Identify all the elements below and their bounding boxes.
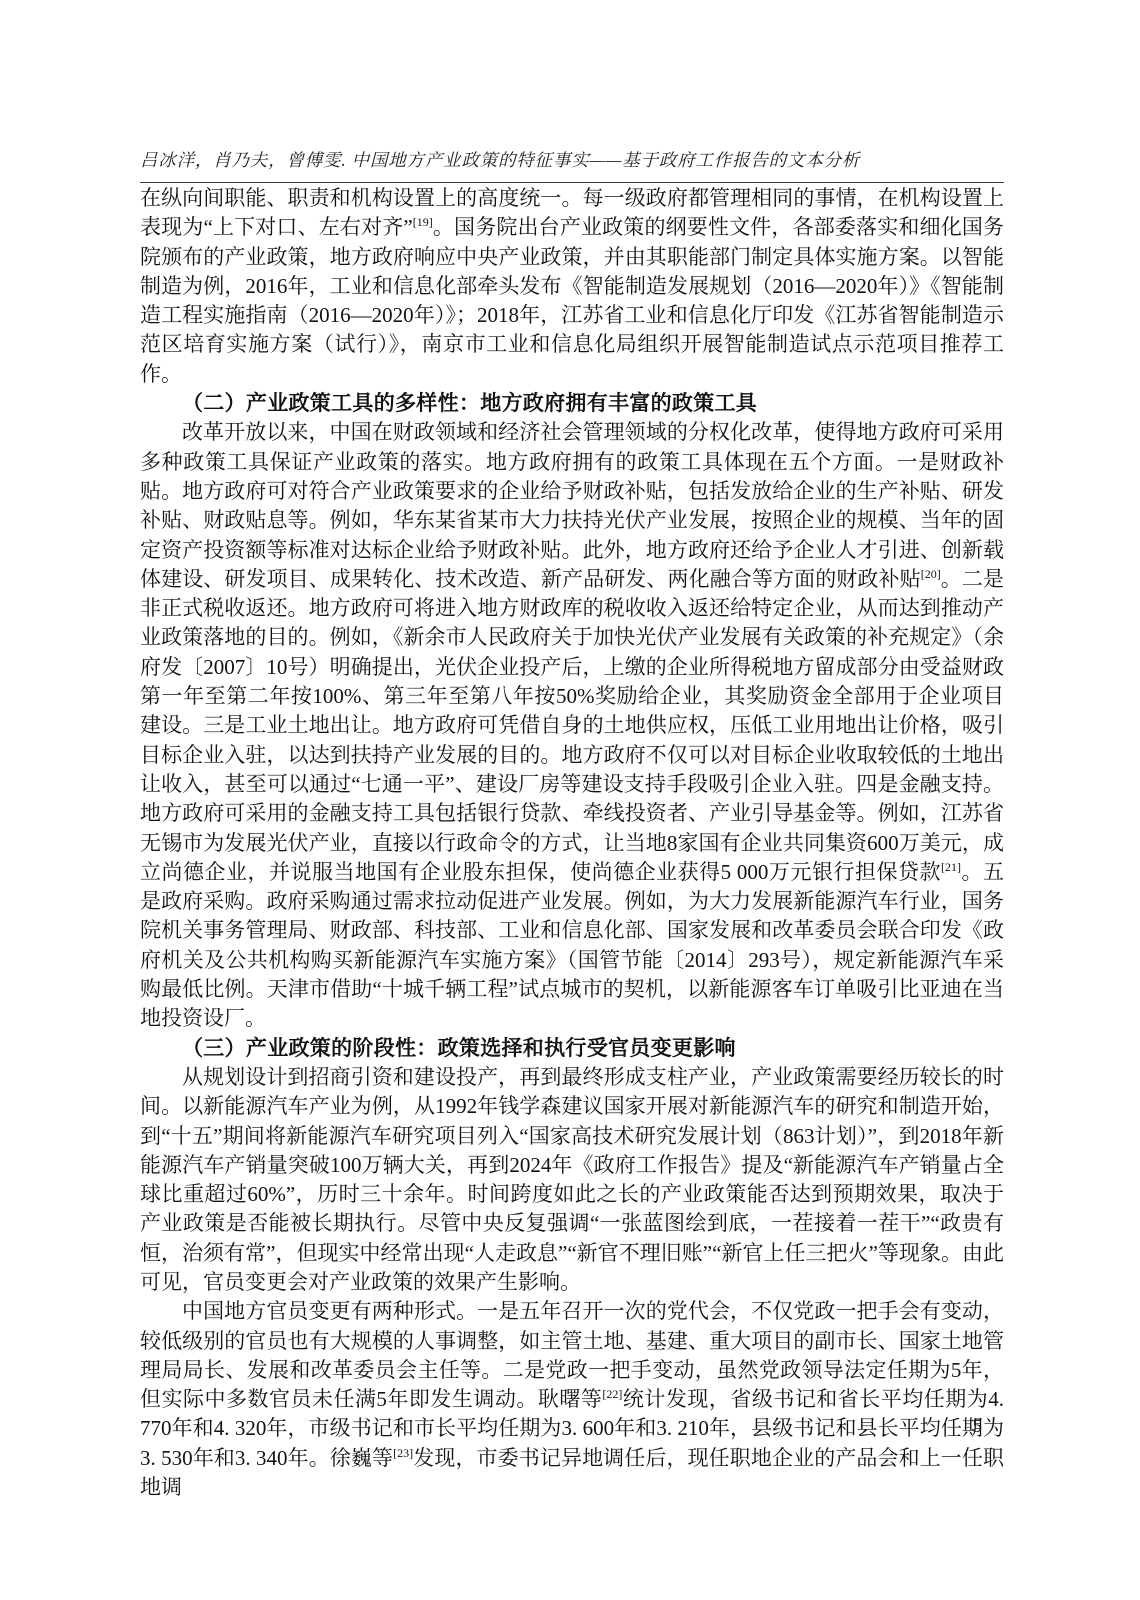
body-paragraph-vertical-alignment: 在纵向间职能、职责和机构设置上的高度统一。每一级政府都管理相同的事情，在机构设置… (140, 184, 1004, 389)
reference-superscript: [20] (921, 567, 941, 581)
reference-superscript: [23] (393, 1446, 413, 1460)
body-paragraph-official-turnover: 中国地方官员变更有两种形式。一是五年召开一次的党代会，不仅党政一把手会有变动，较… (140, 1297, 1004, 1502)
body-paragraph-policy-tools: 改革开放以来，中国在财政领域和经济社会管理领域的分权化改革，使得地方政府可采用多… (140, 418, 1004, 1033)
running-head: 吕冰洋，肖乃夫，曾傅雯. 中国地方产业政策的特征事实——基于政府工作报告的文本分… (140, 147, 1004, 183)
body-paragraph-policy-stages: 从规划设计到招商引资和建设投产，再到最终形成支柱产业，产业政策需要经历较长的时间… (140, 1063, 1004, 1297)
reference-superscript: [21] (941, 860, 961, 874)
reference-superscript: [19] (413, 215, 433, 229)
page-number: 5 (140, 1416, 982, 1438)
body-text-block: 在纵向间职能、职责和机构设置上的高度统一。每一级政府都管理相同的事情，在机构设置… (140, 184, 1004, 1502)
section-heading-policy-stages: （三）产业政策的阶段性：政策选择和执行受官员变更影响 (140, 1034, 1004, 1063)
reference-superscript: [22] (602, 1387, 622, 1401)
section-heading-policy-tools: （二）产业政策工具的多样性：地方政府拥有丰富的政策工具 (140, 389, 1004, 418)
document-page: 吕冰洋，肖乃夫，曾傅雯. 中国地方产业政策的特征事实——基于政府工作报告的文本分… (0, 0, 1140, 1600)
